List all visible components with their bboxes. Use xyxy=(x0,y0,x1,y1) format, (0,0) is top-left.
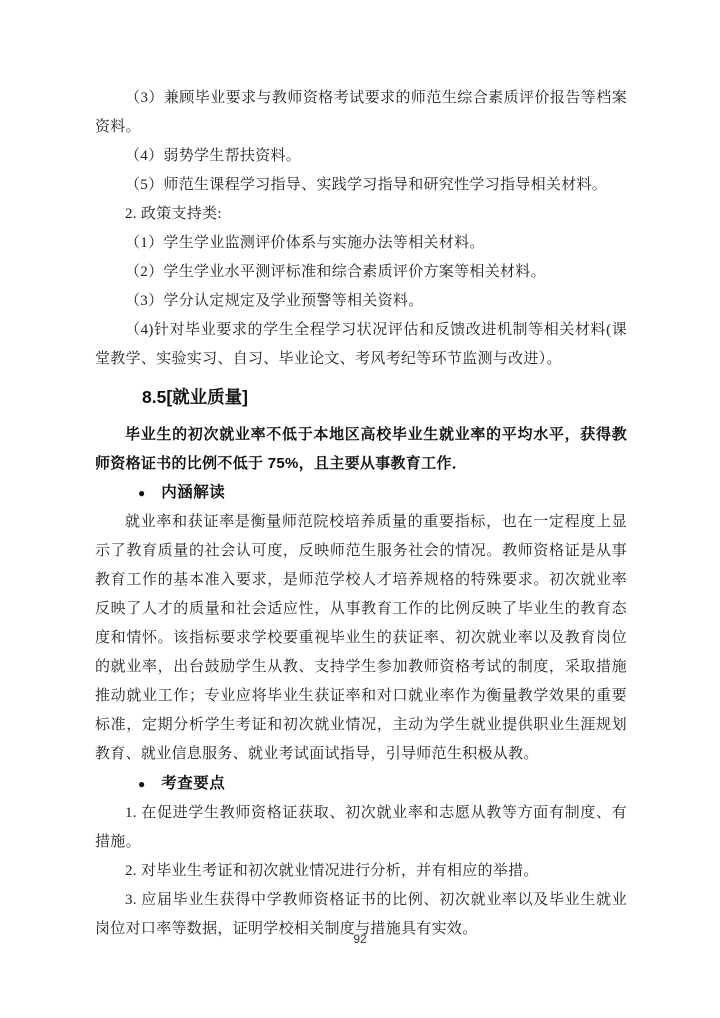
policy-item-2: （2）学生学业水平测评标准和综合素质评价方案等相关材料。 xyxy=(95,258,627,287)
bullet-label: 考查要点 xyxy=(161,769,225,799)
policy-item-3: （3）学分认定规定及学业预警等相关资料。 xyxy=(95,287,627,316)
policy-section-title: 2. 政策支持类: xyxy=(95,200,627,229)
bullet-icon: ● xyxy=(138,769,145,799)
requirement-statement: 毕业生的初次就业率不低于本地区高校毕业生就业率的平均水平，获得教师资格证书的比例… xyxy=(95,420,627,478)
bullet-icon: ● xyxy=(138,478,145,508)
archive-item-5: （5）师范生课程学习指导、实践学习指导和研究性学习指导相关材料。 xyxy=(95,171,627,200)
interpretation-paragraph: 就业率和获证率是衡量师范院校培养质量的重要指标，也在一定程度上显示了教育质量的社… xyxy=(95,508,627,769)
policy-item-4: （4)针对毕业要求的学生全程学习状况评估和反馈改进机制等相关材料(课堂教学、实验… xyxy=(95,316,627,374)
bullet-heading-interpretation: ● 内涵解读 xyxy=(95,478,627,508)
archive-item-4: （4）弱势学生帮扶资料。 xyxy=(95,142,627,171)
policy-item-1: （1）学生学业监测评价体系与实施办法等相关材料。 xyxy=(95,229,627,258)
page-number: 92 xyxy=(0,925,720,954)
bullet-label: 内涵解读 xyxy=(161,478,225,508)
key-point-2: 2. 对毕业生考证和初次就业情况进行分析，并有相应的举措。 xyxy=(95,857,627,886)
section-heading-employment-quality: 8.5[就业质量] xyxy=(95,379,627,415)
archive-item-3: （3）兼顾毕业要求与教师资格考试要求的师范生综合素质评价报告等档案资料。 xyxy=(95,84,627,142)
document-page: （3）兼顾毕业要求与教师资格考试要求的师范生综合素质评价报告等档案资料。 （4）… xyxy=(0,0,720,1018)
bullet-heading-key-points: ● 考查要点 xyxy=(95,769,627,799)
key-point-1: 1. 在促进学生教师资格证获取、初次就业率和志愿从教等方面有制度、有措施。 xyxy=(95,799,627,857)
